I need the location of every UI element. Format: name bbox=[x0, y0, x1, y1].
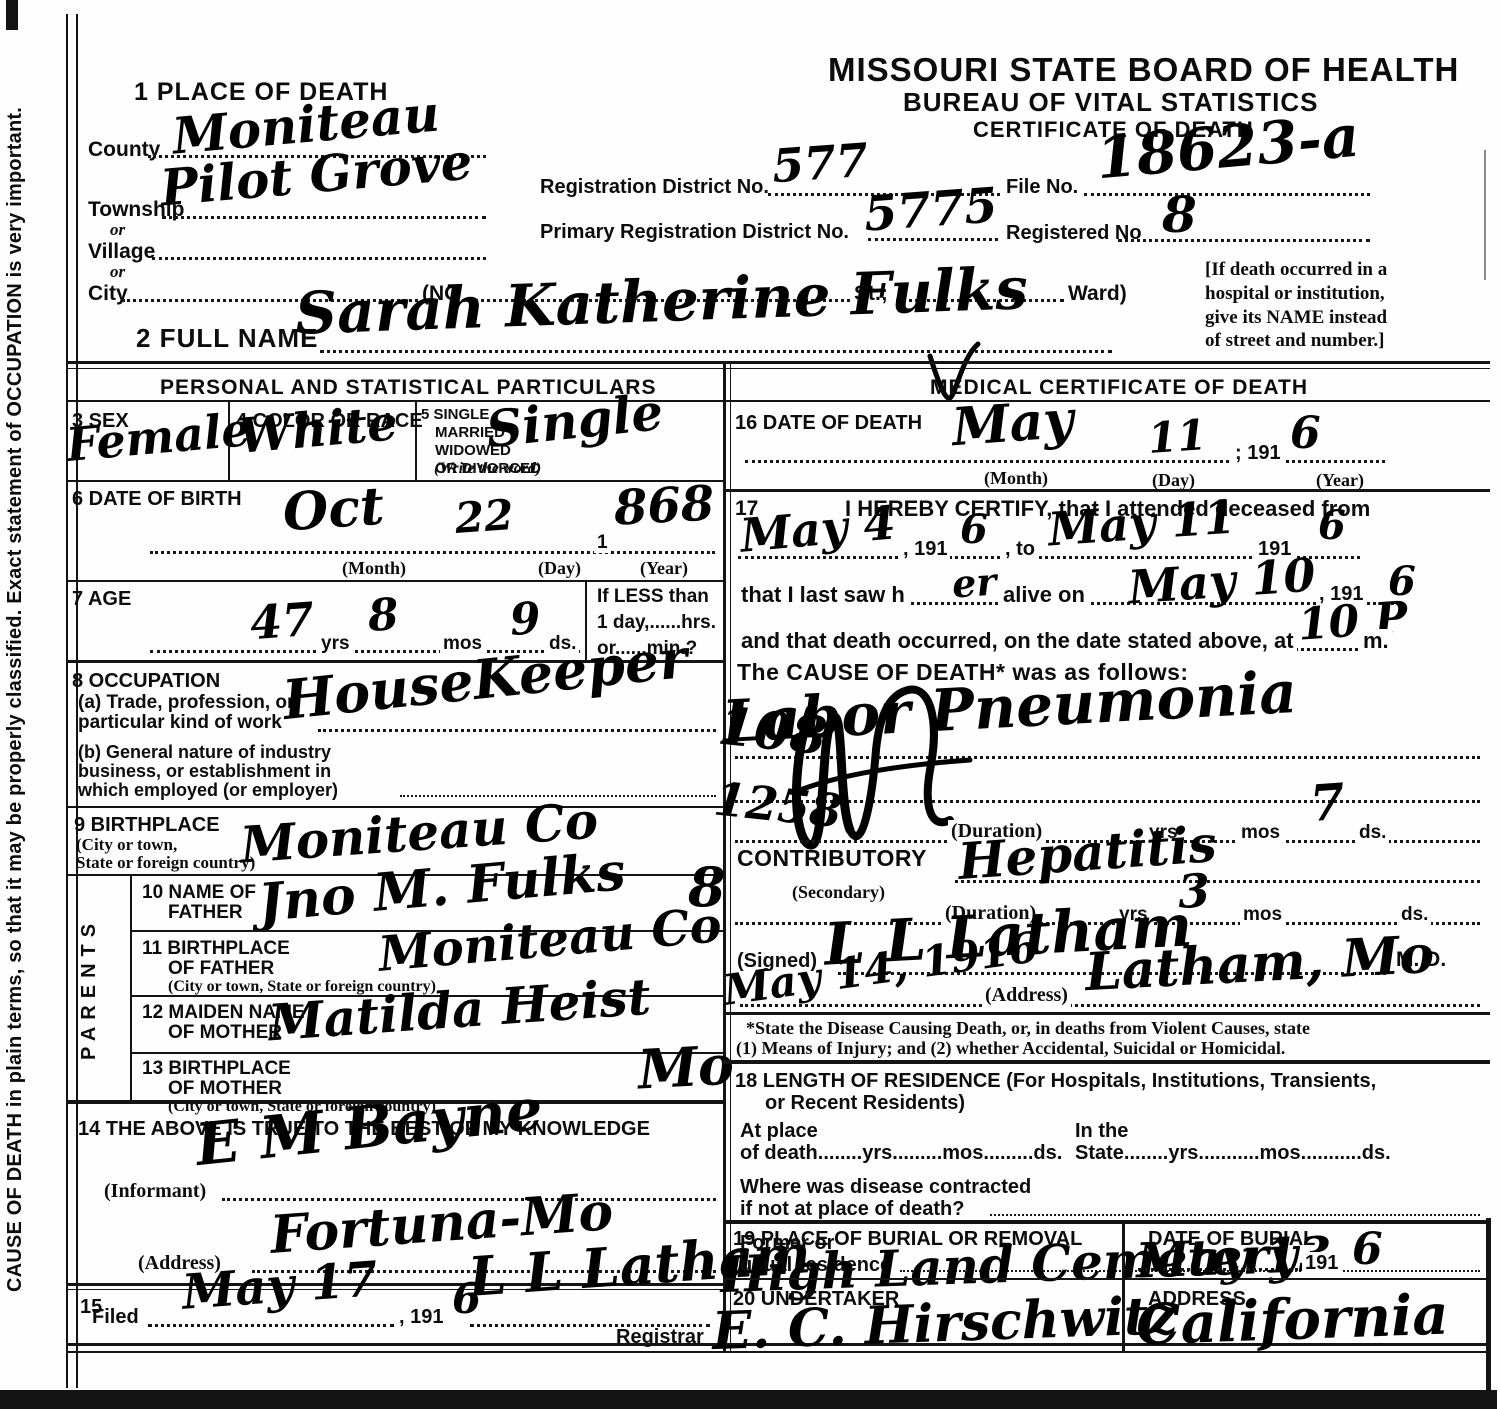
hospital-note-line: of street and number.] bbox=[1205, 329, 1400, 353]
ds-unit: ds. bbox=[1398, 904, 1431, 925]
age-years-value: 47 bbox=[248, 596, 315, 646]
file-no-label: File No. bbox=[1006, 176, 1078, 198]
dotted-line bbox=[990, 1214, 1480, 1216]
day-caption: (Day) bbox=[538, 558, 581, 579]
undertaker-value: E. C. Hirschwitz bbox=[711, 1290, 1178, 1358]
undertaker-address-value: California bbox=[1135, 1287, 1449, 1354]
column-divider bbox=[730, 361, 731, 1352]
dotted-line bbox=[150, 551, 715, 554]
day-caption: (Day) bbox=[1152, 470, 1195, 491]
dotted-line bbox=[320, 350, 1112, 353]
mos-unit: mos bbox=[1240, 904, 1285, 925]
write-the-word-note: (Write the word) bbox=[434, 460, 541, 478]
physician-address-value: Latham, Mo bbox=[1084, 929, 1435, 999]
filed-year-prefix: , 191 bbox=[396, 1306, 446, 1328]
residence-label: or Recent Residents) bbox=[765, 1092, 965, 1114]
father-birthplace-label: 11 BIRTHPLACE bbox=[142, 938, 290, 959]
registered-no-value: 8 bbox=[1162, 190, 1197, 240]
margin-note: CAUSE OF DEATH in plain terms, so that i… bbox=[4, 7, 26, 1392]
burial-year-prefix: 191 bbox=[1302, 1252, 1341, 1274]
mother-birthplace-label: OF MOTHER bbox=[168, 1078, 282, 1099]
footnote-line: *State the Disease Causing Death, or, in… bbox=[746, 1018, 1310, 1039]
death-occurred-label: and that death occurred, on the date sta… bbox=[738, 629, 1297, 654]
primary-district-label: Primary Registration District No. bbox=[540, 221, 849, 243]
address-caption: (Address) bbox=[982, 984, 1071, 1007]
rule-line bbox=[66, 368, 1490, 369]
dotted-line bbox=[152, 257, 486, 260]
disease-contracted-label: if not at place of death? bbox=[740, 1198, 964, 1220]
filed-date-value: May 17 bbox=[181, 1255, 380, 1317]
occupation-b-label: which employed (or employer) bbox=[78, 780, 338, 800]
rule-line bbox=[723, 489, 1490, 492]
year-prefix: , 191 bbox=[900, 538, 950, 560]
year-caption: (Year) bbox=[1316, 470, 1364, 491]
occupation-b-label: (b) General nature of industry bbox=[78, 742, 331, 762]
occupation-a-label: (a) Trade, profession, or bbox=[78, 692, 294, 713]
secondary-caption: (Secondary) bbox=[792, 882, 885, 903]
last-saw-label: that I last saw h bbox=[738, 583, 908, 608]
her-value: er bbox=[951, 563, 998, 604]
dob-year-value: 868 bbox=[613, 479, 716, 532]
mos-unit: mos bbox=[1238, 822, 1283, 843]
burial-year-value: 6 bbox=[1352, 1228, 1383, 1272]
at-place-line: of death........yrs.........mos.........… bbox=[740, 1142, 1062, 1164]
dotted-line bbox=[745, 460, 1385, 463]
contributory-label: CONTRIBUTORY bbox=[737, 846, 927, 872]
age-days-value: 9 bbox=[509, 597, 543, 643]
marital-value: Single bbox=[484, 387, 665, 455]
time-of-death-value: 10 P bbox=[1297, 596, 1409, 648]
birthplace-sub-label: (City or town, bbox=[76, 835, 177, 855]
occupation-label: 8 OCCUPATION bbox=[72, 670, 220, 692]
rule-line bbox=[66, 400, 1490, 402]
month-caption: (Month) bbox=[342, 558, 406, 579]
mother-birthplace-label: 13 BIRTHPLACE bbox=[142, 1058, 291, 1079]
dob-year-prefix: 1 bbox=[594, 532, 611, 553]
birthplace-sub-label: State or foreign country) bbox=[76, 853, 255, 873]
rule-line bbox=[723, 1012, 1490, 1015]
dob-label: 6 DATE OF BIRTH bbox=[72, 488, 242, 510]
cell-divider bbox=[130, 874, 132, 1100]
father-name-label: 10 NAME OF bbox=[142, 882, 256, 903]
primary-district-value: 5775 bbox=[862, 181, 999, 238]
death-day-value: 11 bbox=[1147, 414, 1208, 460]
death-certificate-page: CAUSE OF DEATH in plain terms, so that i… bbox=[0, 0, 1500, 1409]
footnote-line: (1) Means of Injury; and (2) whether Acc… bbox=[736, 1038, 1285, 1059]
year-caption: (Year) bbox=[640, 558, 688, 579]
right-border-line bbox=[1484, 150, 1486, 280]
race-value: White bbox=[236, 399, 399, 461]
sex-value: Female bbox=[64, 406, 252, 468]
mother-name-label: OF MOTHER bbox=[168, 1022, 282, 1043]
date-of-death-label: 16 DATE OF DEATH bbox=[735, 412, 922, 434]
attended-to-value: May 11 bbox=[1047, 494, 1237, 553]
mother-birthplace-value: Mo bbox=[637, 1038, 735, 1097]
rule-line bbox=[723, 1060, 1490, 1064]
dotted-line bbox=[740, 1004, 1480, 1007]
at-place-label: At place bbox=[740, 1120, 818, 1142]
or-label: or bbox=[110, 220, 125, 240]
in-state-label: In the bbox=[1075, 1120, 1128, 1142]
residence-label: 18 LENGTH OF RESIDENCE (For Hospitals, I… bbox=[735, 1070, 1376, 1092]
village-label: Village bbox=[88, 240, 155, 264]
in-state-line: State........yrs...........mos..........… bbox=[1075, 1142, 1391, 1164]
full-name-label: 2 FULL NAME bbox=[136, 324, 318, 353]
rule-line bbox=[66, 361, 1490, 364]
dob-day-value: 22 bbox=[454, 494, 515, 540]
rule-line bbox=[723, 1278, 1490, 1280]
dotted-line bbox=[318, 729, 716, 732]
informant-caption: (Informant) bbox=[104, 1180, 206, 1203]
time-m-label: m. bbox=[1360, 629, 1392, 654]
hospital-note-line: [If death occurred in a bbox=[1205, 258, 1400, 282]
disease-contracted-label: Where was disease contracted bbox=[740, 1176, 1031, 1198]
hospital-note-line: hospital or institution, bbox=[1205, 282, 1400, 306]
parents-vertical-label: PARENTS bbox=[78, 917, 100, 1060]
board-title: MISSOURI STATE BOARD OF HEALTH bbox=[828, 52, 1459, 89]
death-month-value: May bbox=[950, 394, 1075, 454]
birthplace-label: 9 BIRTHPLACE bbox=[74, 814, 220, 836]
hospital-note-line: give its NAME instead bbox=[1205, 306, 1400, 330]
father-birthplace-label: OF FATHER bbox=[168, 958, 274, 979]
age-months-value: 8 bbox=[367, 593, 401, 639]
death-year-prefix: ; 191 bbox=[1232, 442, 1284, 464]
left-border-line bbox=[66, 14, 68, 1388]
right-border-line bbox=[1486, 1218, 1491, 1390]
occupation-b-label: business, or establishment in bbox=[78, 761, 331, 781]
death-year-value: 6 bbox=[1290, 412, 1321, 456]
dob-month-value: Oct bbox=[281, 481, 385, 540]
dotted-line bbox=[1118, 239, 1370, 242]
father-name-label: FATHER bbox=[168, 902, 243, 923]
rule-line bbox=[66, 580, 725, 582]
cause-duration-days-value: 7 bbox=[1308, 777, 1346, 829]
age-label: 7 AGE bbox=[72, 588, 131, 610]
filed-label: Filed bbox=[92, 1306, 139, 1328]
occupation-a-label: particular kind of work bbox=[78, 712, 282, 733]
hospital-note: [If death occurred in a hospital or inst… bbox=[1205, 258, 1400, 353]
registration-district-label: Registration District No. bbox=[540, 176, 769, 198]
to-label: , to bbox=[1002, 538, 1038, 560]
registration-district-value: 577 bbox=[771, 137, 870, 190]
bottom-scan-bar bbox=[0, 1390, 1497, 1409]
attended-from-year: 6 bbox=[960, 510, 988, 550]
rule-line bbox=[130, 1052, 725, 1054]
month-caption: (Month) bbox=[984, 468, 1048, 489]
ward-label: Ward) bbox=[1068, 282, 1127, 306]
last-seen-value: May 10 bbox=[1127, 552, 1317, 611]
attended-from-value: May 4 bbox=[738, 499, 897, 558]
if-less-note: If LESS than bbox=[597, 586, 709, 607]
dotted-line bbox=[1084, 193, 1370, 196]
dotted-line bbox=[162, 216, 486, 219]
or-label: or bbox=[110, 262, 125, 282]
full-name-value: Sarah Katherine Fulks bbox=[294, 259, 1028, 343]
attended-to-year: 6 bbox=[1318, 506, 1346, 546]
age-yrs-unit: yrs bbox=[318, 633, 353, 654]
alive-on-label: alive on bbox=[1000, 583, 1088, 608]
dotted-line bbox=[148, 1324, 394, 1327]
ds-unit: ds. bbox=[1356, 822, 1389, 843]
